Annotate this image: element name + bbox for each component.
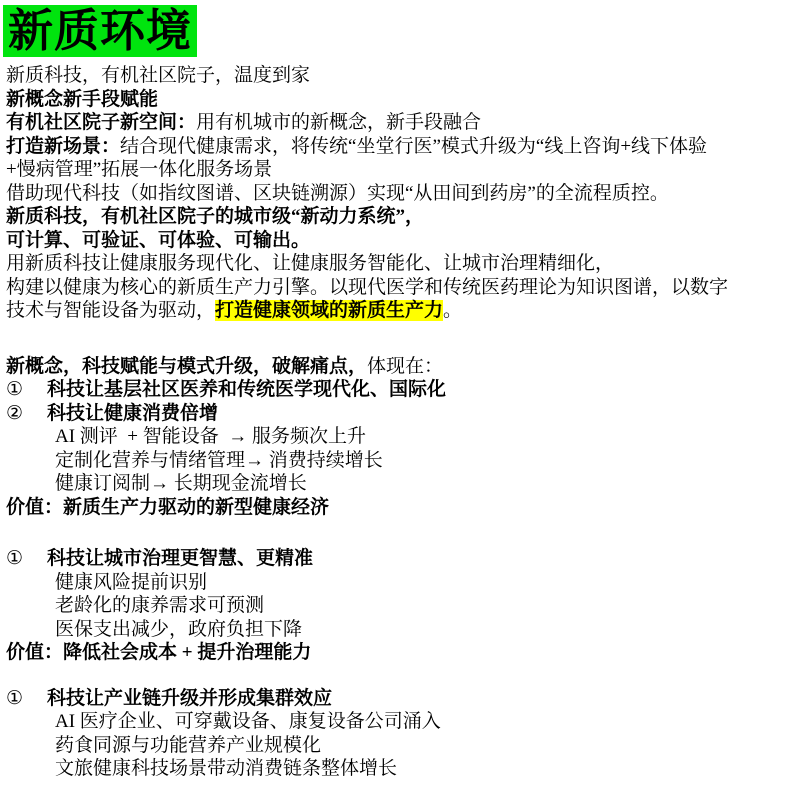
text-run: 可计算、可验证、可体验、可输出。 [6, 230, 310, 251]
text-run: 价值：新质生产力驱动的新型健康经济 [6, 497, 329, 518]
text-line: 药食同源与功能营养产业规模化 [6, 734, 784, 758]
text-run: 有机社区院子新空间： [6, 112, 196, 133]
text-run: AI 测评 + 智能设备 → 服务频次上升 [55, 426, 366, 447]
text-line: 文旅健康科技场景带动消费链条整体增长 [6, 757, 784, 781]
text-run: 用新质科技让健康服务现代化、让健康服务智能化、让城市治理精细化， [6, 253, 614, 274]
text-run: 体现在： [367, 356, 443, 377]
text-line: AI 医疗企业、可穿戴设备、康复设备公司涌入 [6, 710, 784, 734]
text-run: 定制化营养与情绪管理→ 消费持续增长 [55, 450, 383, 471]
text-line: ②科技让健康消费倍增 [6, 402, 784, 426]
text-run: 借助现代科技（如指纹图谱、区块链溯源）实现“从田间到药房”的全流程质控。 [6, 183, 669, 204]
text-run: +慢病管理”拓展一体化服务场景 [6, 159, 272, 180]
text-run: 。 [443, 300, 462, 321]
text-run: AI 医疗企业、可穿戴设备、康复设备公司涌入 [55, 711, 441, 732]
text-line: 打造新场景：结合现代健康需求，将传统“坐堂行医”模式升级为“线上咨询+线下体验 [6, 135, 784, 159]
text-run: 价值：降低社会成本 + 提升治理能力 [6, 642, 311, 663]
text-run: 构建以健康为核心的新质生产力引擎。以现代医学和传统医药理论为知识图谱，以数字 [6, 277, 728, 298]
highlighted-text: 打造健康领域的新质生产力 [215, 300, 443, 321]
text-run: 科技让产业链升级并形成集群效应 [47, 688, 332, 709]
text-line: 构建以健康为核心的新质生产力引擎。以现代医学和传统医药理论为知识图谱，以数字 [6, 276, 784, 300]
text-line: 老龄化的康养需求可预测 [6, 594, 784, 618]
text-line: 医保支出减少，政府负担下降 [6, 618, 784, 642]
text-line: 健康风险提前识别 [6, 571, 784, 595]
text-run: 文旅健康科技场景带动消费链条整体增长 [55, 758, 397, 779]
text-line: 价值：降低社会成本 + 提升治理能力 [6, 641, 784, 665]
text-line: 新概念，科技赋能与模式升级，破解痛点，体现在： [6, 355, 784, 379]
document-page: 新质环境 新质科技，有机社区院子，温度到家新概念新手段赋能有机社区院子新空间：用… [0, 0, 788, 781]
text-run: 科技让基层社区医养和传统医学现代化、国际化 [47, 379, 446, 400]
text-run: 技术与智能设备为驱动， [6, 300, 215, 321]
text-run: 健康风险提前识别 [55, 572, 207, 593]
text-line: 定制化营养与情绪管理→ 消费持续增长 [6, 449, 784, 473]
text-run: 科技让城市治理更智慧、更精准 [47, 548, 313, 569]
text-run: 新概念新手段赋能 [6, 89, 158, 110]
text-run: 结合现代健康需求，将传统“坐堂行医”模式升级为“线上咨询+线下体验 [120, 136, 707, 157]
text-line: AI 测评 + 智能设备 → 服务频次上升 [6, 425, 784, 449]
text-line: 有机社区院子新空间：用有机城市的新概念，新手段融合 [6, 111, 784, 135]
text-line: 借助现代科技（如指纹图谱、区块链溯源）实现“从田间到药房”的全流程质控。 [6, 182, 784, 206]
list-number: ① [6, 378, 47, 402]
text-line: 技术与智能设备为驱动，打造健康领域的新质生产力。 [6, 299, 784, 323]
text-line: 可计算、可验证、可体验、可输出。 [6, 229, 784, 253]
text-run: 新质科技，有机社区院子，温度到家 [6, 65, 310, 86]
text-run: 老龄化的康养需求可预测 [55, 595, 264, 616]
page-title: 新质环境 [3, 5, 197, 57]
text-line: 价值：新质生产力驱动的新型健康经济 [6, 496, 784, 520]
text-line: 新质科技，有机社区院子的城市级“新动力系统”， [6, 205, 784, 229]
text-line: 用新质科技让健康服务现代化、让健康服务智能化、让城市治理精细化， [6, 252, 784, 276]
text-line: ①科技让基层社区医养和传统医学现代化、国际化 [6, 378, 784, 402]
text-run: 健康订阅制→ 长期现金流增长 [55, 473, 307, 494]
text-line: ①科技让城市治理更智慧、更精准 [6, 547, 784, 571]
list-number: ① [6, 687, 47, 711]
text-line: +慢病管理”拓展一体化服务场景 [6, 158, 784, 182]
text-run: 新质科技，有机社区院子的城市级“新动力系统”， [6, 206, 424, 227]
list-number: ② [6, 402, 47, 426]
document-body: 新质科技，有机社区院子，温度到家新概念新手段赋能有机社区院子新空间：用有机城市的… [6, 64, 784, 781]
text-line: 新概念新手段赋能 [6, 88, 784, 112]
text-run: 打造新场景： [6, 136, 120, 157]
text-line: 新质科技，有机社区院子，温度到家 [6, 64, 784, 88]
list-number: ① [6, 547, 47, 571]
text-run: 新概念，科技赋能与模式升级，破解痛点， [6, 356, 367, 377]
text-run: 药食同源与功能营养产业规模化 [55, 735, 321, 756]
text-line: 健康订阅制→ 长期现金流增长 [6, 472, 784, 496]
text-run: 用有机城市的新概念，新手段融合 [196, 112, 481, 133]
text-run: 医保支出减少，政府负担下降 [55, 619, 302, 640]
text-line: ①科技让产业链升级并形成集群效应 [6, 687, 784, 711]
text-run: 科技让健康消费倍增 [47, 403, 218, 424]
